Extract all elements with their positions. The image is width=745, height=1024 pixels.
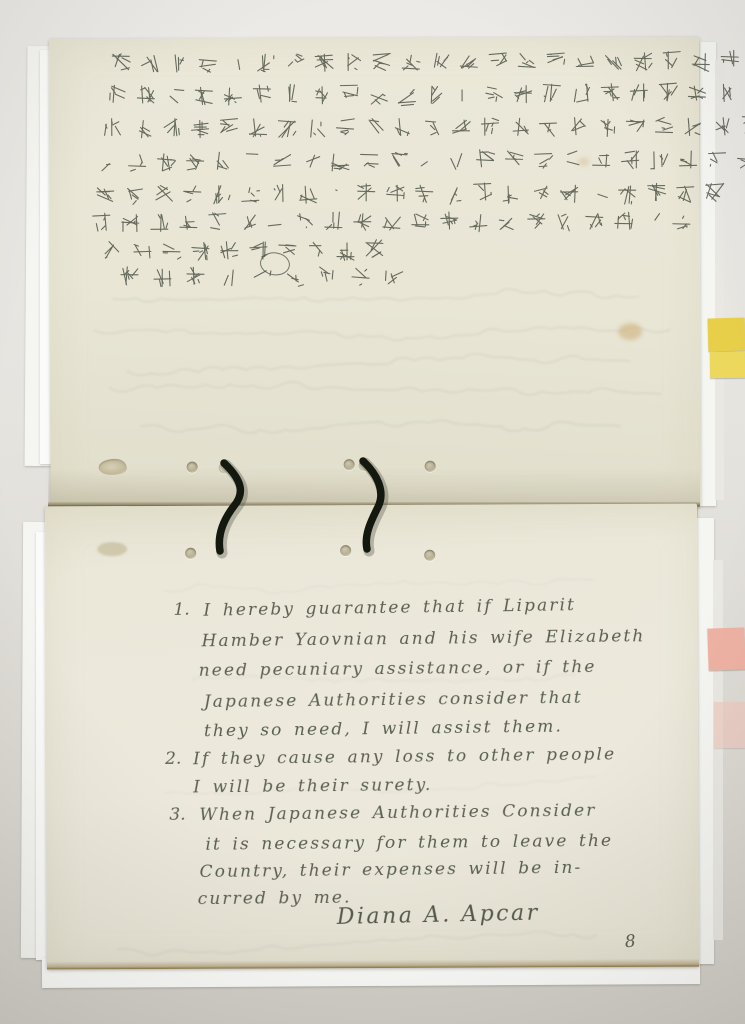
item-2-line-2: I will be their surety.: [193, 775, 432, 797]
item-1-line-3: need pecuniary assistance, or if the: [199, 657, 597, 681]
stain-spot: [618, 323, 642, 340]
item-1-line-4: Japanese Authorities consider that: [204, 688, 583, 712]
item-3-line-4: curred by me.: [198, 888, 352, 909]
japanese-line-7: 山口縣ヘ回報シ置ケリ: [102, 239, 400, 266]
punch-hole: [424, 550, 435, 561]
backing-sheet-bottom-right-2: [713, 560, 723, 940]
japanese-line-2: 高警一九五五九號及同三十一日電報ヲ以テ照會ニ接シ: [105, 82, 745, 110]
show-through-text: [110, 318, 670, 348]
show-through-text: [120, 285, 640, 315]
pink-sticky-tab: [707, 627, 745, 670]
bottom-page-english: 1. I hereby guarantee that if Liparit Ha…: [45, 504, 699, 970]
show-through-text: [141, 415, 621, 445]
item-3-line-1: When Japanese Authorities Consider: [199, 801, 596, 826]
item-3-number: 3.: [169, 805, 185, 825]
show-through-text: [130, 350, 630, 380]
stain-spot-small: [578, 157, 590, 166]
japanese-line-5: 者ニシテ本月三十一日本件ニ關シ左記ノ通リ係ル: [94, 182, 740, 210]
yellow-sticky-tab: [708, 318, 745, 352]
seam-shadow-upper: [48, 468, 700, 504]
item-3-line-3: Country, their expenses will be in-: [199, 858, 582, 882]
japanese-line-6: 如ク身柄引受ノ保證書ヲ提出セシニ依リ其ノ旨: [90, 211, 707, 239]
page-number: 8: [624, 932, 636, 953]
pink-sticky-tab-faint: [714, 702, 745, 748]
archival-document-photo: 右外國人ノ際ニ於ケル身柄引渡ニ關シ本月十八日附、 高警一九五五九號及同三十一日電…: [0, 0, 745, 1024]
item-1-line-5: they so need, I will assist them.: [204, 717, 563, 742]
japanese-line-1: 右外國人ノ際ニ於ケル身柄引渡ニ關シ本月十八日附、: [109, 49, 745, 77]
show-through-text: [116, 383, 661, 413]
item-1-number: 1.: [173, 600, 189, 620]
item-2-number: 2.: [165, 749, 181, 769]
japanese-line-3: 調査スルニ縣下明石郡ニ住居スル信用アル三十六人: [101, 116, 745, 144]
signature-diana-apcar: Diana A. Apcar: [337, 901, 540, 930]
item-1-line-1: I hereby guarantee that if Liparit: [203, 595, 576, 621]
yellow-sticky-tab-2: [710, 352, 745, 378]
punch-hole: [340, 545, 351, 556]
item-1-line-2: Hamber Yaovnian and his wife Elizabeth: [201, 626, 645, 651]
backing-sheet-top-right: [700, 42, 716, 506]
top-page-japanese: 右外國人ノ際ニ於ケル身柄引渡ニ關シ本月十八日附、 高警一九五五九號及同三十一日電…: [49, 37, 701, 509]
hole-stain: [97, 542, 127, 556]
japanese-line-4: 「タイヤナ、エ、アプカー」ハ相當ノ資産ヲ有シ信用アル: [97, 148, 745, 177]
punch-hole: [185, 548, 196, 559]
item-3-line-2: it is necessary for them to leave the: [205, 831, 613, 855]
